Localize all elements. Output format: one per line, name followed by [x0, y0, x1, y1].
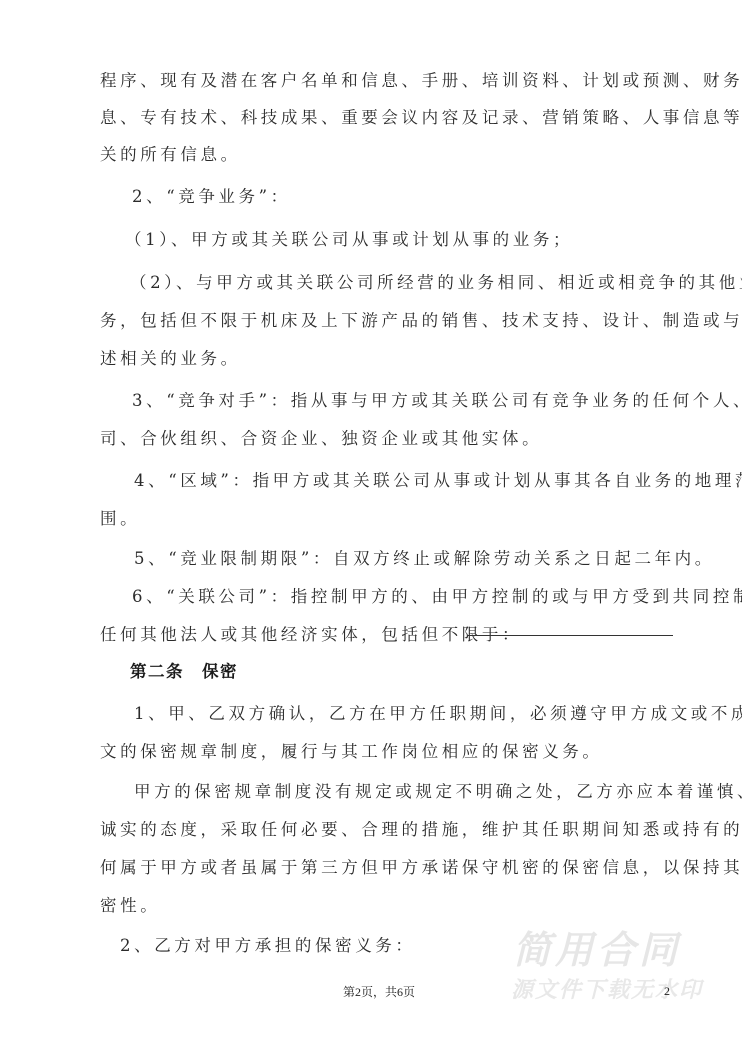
definition-competitor: 3、“竞争对手”：指从事与甲方或其关联公司有竞争业务的任何个人、公	[132, 390, 707, 412]
page-number: 2	[664, 984, 670, 999]
body-text-line: 务，包括但不限于机床及上下游产品的销售、技术支持、设计、制造或与上	[100, 310, 675, 332]
definition-non-compete-period: 5、“竞业限制期限”：自双方终止或解除劳动关系之日起二年内。	[134, 548, 709, 570]
clause-1: 1、甲、乙双方确认，乙方在甲方任职期间，必须遵守甲方成文或不成	[134, 703, 709, 725]
body-paragraph: 甲方的保密规章制度没有规定或规定不明确之处，乙方亦应本着谨慎、	[134, 781, 709, 803]
body-text-line: 程序、现有及潜在客户名单和信息、手册、培训资料、计划或预测、财务信	[100, 70, 675, 92]
definition-affiliate: 6、“关联公司”：指控制甲方的、由甲方控制的或与甲方受到共同控制的	[132, 586, 707, 608]
body-text-line: 何属于甲方或者虽属于第三方但甲方承诺保守机密的保密信息，以保持其机	[100, 857, 675, 879]
document-page: 程序、现有及潜在客户名单和信息、手册、培训资料、计划或预测、财务信 息、专有技术…	[0, 0, 742, 1049]
body-text-line: 文的保密规章制度，履行与其工作岗位相应的保密义务。	[100, 741, 675, 763]
body-text-line: 密性。	[100, 895, 675, 917]
list-item-1: （1）、甲方或其关联公司从事或计划从事的业务；	[125, 229, 700, 251]
body-text-line: 诚实的态度，采取任何必要、合理的措施，维护其任职期间知悉或持有的任	[100, 819, 675, 841]
body-text-line: 息、专有技术、科技成果、重要会议内容及记录、营销策略、人事信息等有	[100, 107, 675, 129]
fill-in-blank-field	[467, 635, 673, 636]
list-item-2: （2）、与甲方或其关联公司所经营的业务相同、相近或相竞争的其他业	[130, 272, 705, 294]
body-text-line: 述相关的业务。	[100, 348, 675, 370]
body-text-line: 关的所有信息。	[100, 144, 675, 166]
definition-region: 4、“区域”：指甲方或其关联公司从事或计划从事其各自业务的地理范	[134, 470, 709, 492]
definition-competing-business: 2、“竞争业务”：	[132, 186, 707, 208]
page-info: 第2页，共6页	[343, 983, 415, 1000]
watermark-slogan: 源文件下载无水印	[511, 973, 703, 1004]
watermark-brand: 简用合同	[513, 919, 681, 974]
body-text-line: 司、合伙组织、合资企业、独资企业或其他实体。	[100, 428, 675, 450]
section-heading-confidentiality: 第二条 保密	[130, 661, 705, 683]
body-text-line: 围。	[100, 508, 675, 530]
